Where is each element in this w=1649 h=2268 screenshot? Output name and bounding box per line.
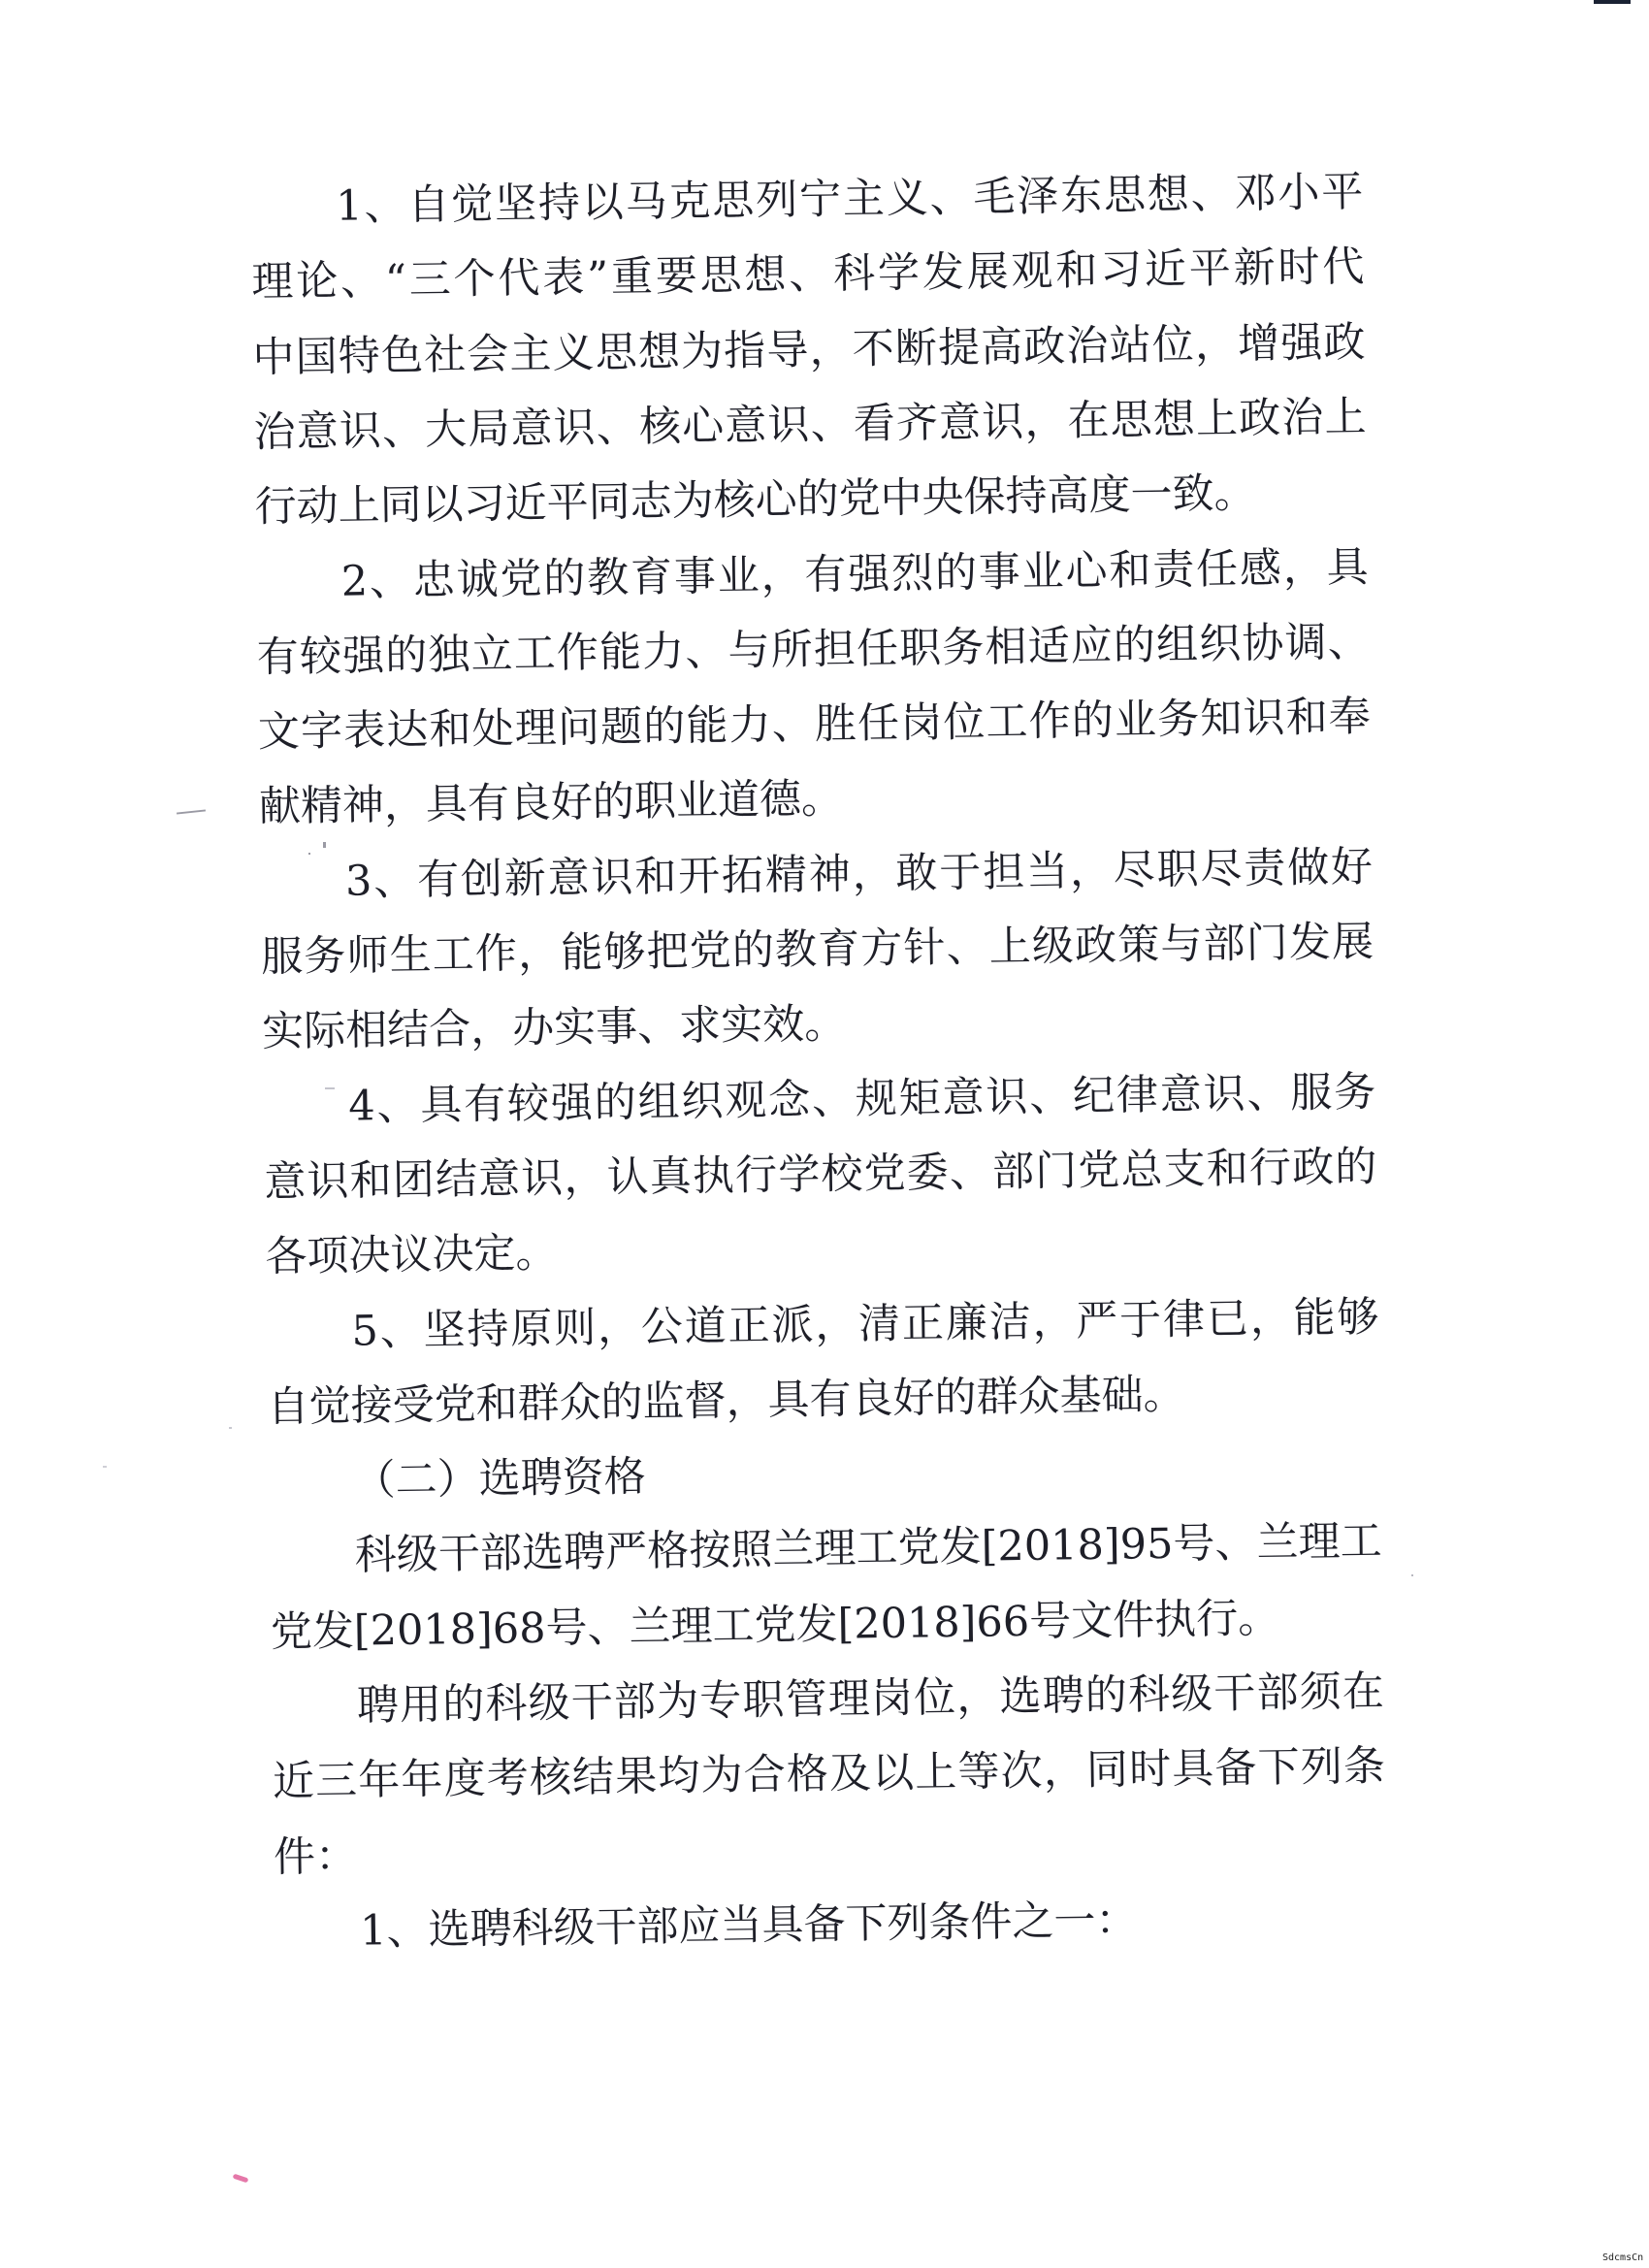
watermark: SdcmsCn: [1602, 2252, 1643, 2263]
scan-artifact: [308, 853, 310, 855]
scan-artifact: [177, 809, 206, 814]
doc-line-6: 2、忠诚党的教育事业，有强烈的事业心和责任感，具: [340, 542, 1369, 607]
doc-line-22: 近三年年度考核结果均为合格及以上等次，同时具备下列条: [273, 1741, 1386, 1807]
doc-line-4: 治意识、大局意识、核心意识、看齐意识，在思想上政治上: [253, 392, 1367, 458]
doc-line-19: 科级干部选聘严格按照兰理工党发[2018]95号、兰理工: [354, 1516, 1382, 1581]
doc-line-20: 党发[2018]68号、兰理工党发[2018]66号文件执行。: [271, 1593, 1280, 1658]
scan-artifact: [323, 842, 326, 848]
doc-line-24: 1、选聘科级干部应当具备下列条件之一：: [360, 1895, 1138, 1956]
document-body: 1、自觉坚持以马克思列宁主义、毛泽东思想、邓小平 理论、“三个代表”重要思想、科…: [250, 167, 1391, 2025]
scan-artifact: [229, 1427, 232, 1429]
doc-line-3: 中国特色社会主义思想为指导，不断提高政治站位，增强政: [252, 317, 1366, 383]
doc-line-2: 理论、“三个代表”重要思想、科学发展观和习近平新时代: [251, 242, 1365, 308]
section-heading: （二）选聘资格: [353, 1451, 646, 1506]
doc-line-16: 5、坚持原则，公道正派，清正廉洁，严于律已，能够: [351, 1292, 1379, 1357]
doc-line-15: 各项决议决定。: [265, 1228, 558, 1282]
doc-line-11: 服务师生工作，能够把党的教育方针、上级政策与部门发展: [261, 917, 1374, 983]
doc-line-7: 有较强的独立工作能力、与所担任职务相适应的组织协调、: [256, 617, 1370, 683]
doc-line-9: 献精神，具有良好的职业道德。: [259, 774, 844, 832]
scan-artifact: [1411, 1574, 1413, 1576]
doc-line-1: 1、自觉坚持以马克思列宁主义、毛泽东思想、邓小平: [336, 167, 1364, 232]
pink-ink-mark: [233, 2174, 249, 2184]
doc-line-8: 文字表达和处理问题的能力、胜任岗位工作的业务知识和奉: [258, 692, 1372, 758]
scanned-page: 1、自觉坚持以马克思列宁主义、毛泽东思想、邓小平 理论、“三个代表”重要思想、科…: [0, 0, 1649, 2268]
doc-line-12: 实际相结合，办实事、求实效。: [262, 999, 847, 1057]
doc-line-14: 意识和团结意识，认真执行学校党委、部门党总支和行政的: [264, 1142, 1377, 1208]
doc-line-13: 4、具有较强的组织观念、规矩意识、纪律意识、服务: [348, 1067, 1376, 1132]
doc-line-5: 行动上同以习近平同志为核心的党中央保持高度一致。: [254, 469, 1256, 533]
doc-line-23: 件：: [274, 1831, 358, 1883]
doc-line-21: 聘用的科级干部为专职管理岗位，选聘的科级干部须在: [357, 1667, 1385, 1732]
doc-line-10: 3、有创新意识和开拓精神，敢于担当，尽职尽责做好: [345, 842, 1374, 907]
scan-artifact: [325, 1087, 335, 1089]
scan-artifact: [103, 1466, 107, 1468]
scan-edge-mark: [1594, 0, 1631, 4]
doc-line-17: 自觉接受党和群众的监督，具有良好的群众基础。: [267, 1370, 1185, 1433]
